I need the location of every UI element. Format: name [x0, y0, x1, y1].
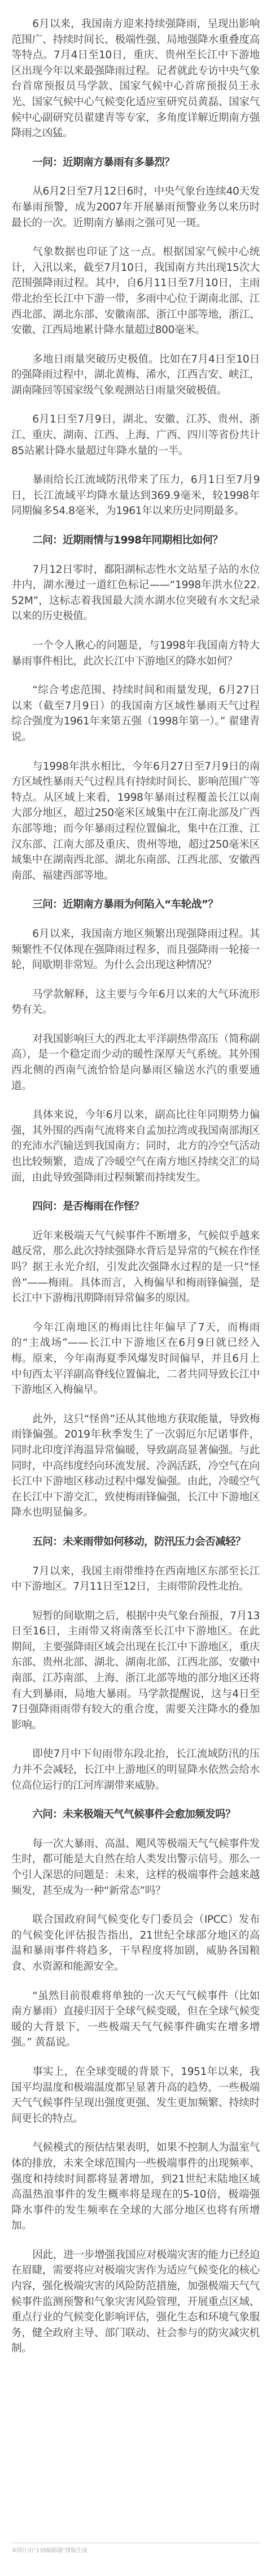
- footer-divider: [11, 2543, 260, 2543]
- section-2-paragraph-4: 与1998年洪水相比，今年6月27日至7月9日的南方区域性暴雨天气过程具有持续时…: [11, 759, 260, 884]
- section-5-paragraph-3: 即使7月中下旬雨带东段北抬，长江流域防汛的压力并不会减轻，长江中上游地区的明显降…: [11, 1746, 260, 1793]
- section-6-paragraph-1: 每一次大暴雨、高温、飓风等极端天气气候事件发生时，都可能是大自然在给人类发出警示…: [11, 1836, 260, 1898]
- article-body: 6月以来，我国南方迎来持续强降雨，呈现出影响范围广、持续时间长、极端性强、局地强…: [0, 0, 271, 2357]
- section-1-paragraph-2: 气象数据也印证了这一点。根据国家气候中心统计，入汛以来，截至7月10日，我国南方…: [11, 244, 260, 338]
- section-heading-6: 六问：未来极端天气气候事件会愈加频发吗？: [11, 1807, 260, 1823]
- section-heading-2: 二问：近期雨情与1998年同期相比如何？: [11, 533, 260, 549]
- section-heading-5: 五问：未来雨带如何移动，防汛压力会否减轻？: [11, 1534, 260, 1550]
- section-5-paragraph-2: 短暂的间歇期之后，根据中央气象台预报，7月13日至16日，主雨带又将南落至长江中…: [11, 1608, 260, 1733]
- intro-paragraph: 6月以来，我国南方迎来持续强降雨，呈现出影响范围广、持续时间长、极端性强、局地强…: [11, 16, 260, 141]
- section-1-paragraph-4: 6月1日至7月9日，湖北、安徽、江苏、贵州、浙江、重庆、湖南、江西、上海、广西、…: [11, 412, 260, 459]
- section-5-paragraph-1: 7月以来，我国主雨带维持在西南地区东部至长江中下游地区。7月11日至12日，主雨…: [11, 1564, 260, 1595]
- section-3-paragraph-4: 具体来说，今年6月以来，副高比往年同期势力偏强，其外围的西南气流将来自孟加拉湾或…: [11, 1107, 260, 1185]
- section-6-paragraph-5: 气候模式的预估结果表明，如果不控制人为温室气体的排放，未来全球范围内一些极端事件…: [11, 2140, 260, 2234]
- section-3-paragraph-1: 6月以来，我国南方地区频繁出现强降雨过程。其频繁性不仅体现在强降雨过程多，而且强…: [11, 926, 260, 973]
- section-6-paragraph-3: “虽然目前很难将单独的一次天气气候事件（比如南方暴雨）直接归因于全球气候变暖，但…: [11, 1988, 260, 2051]
- section-1-paragraph-3: 多地日雨量突破历史极值。比如在7月4日至10日的强降雨过程中，湖北黄梅、浠水，江…: [11, 352, 260, 399]
- section-1-paragraph-5: 暴雨给长江流域防汛带来了压力，6月1日至7月9日，长江流域平均降水量达到369.…: [11, 472, 260, 519]
- section-2-paragraph-2: 一个令人揪心的问题是，与1998年我国南方特大暴雨事件相比，此次长江中下游地区的…: [11, 638, 260, 669]
- section-6-paragraph-6: 因此，进一步增强我国应对极端灾害的能力已经迫在眉睫，需要将应对极端灾害作为适应气…: [11, 2247, 260, 2357]
- section-1-paragraph-1: 从6月2日至7月12日6时，中央气象台连续40天发布暴雨预警，成为2007年开展…: [11, 184, 260, 231]
- section-2-paragraph-3: “综合考虑范围、持续时间和雨量发现，6月27日以来（截至7月9日）的我国南方区域…: [11, 683, 260, 745]
- section-heading-3: 三问：近期南方暴雨为何陷入“车轮战”？: [11, 897, 260, 913]
- editor-credit-caption: 本图片由“135编辑器”排版生成: [11, 2545, 260, 2554]
- section-heading-1: 一问：近期南方暴雨有多暴烈？: [11, 155, 260, 171]
- section-6-paragraph-2: 联合国政府间气候变化专门委员会（IPCC）发布的气候变化评估报告指出，21世纪全…: [11, 1912, 260, 1974]
- footer: 本图片由“135编辑器”排版生成: [11, 2543, 260, 2554]
- section-4-paragraph-1: 近年来极端天气气候事件不断增多，气候似乎越来越反常，那么此次持续强降水背后是异常…: [11, 1228, 260, 1306]
- section-6-paragraph-4: 事实上，在全球变暖的背景下，1951年以来，我国平均温度和极端温度都呈显著升高的…: [11, 2064, 260, 2126]
- section-3-paragraph-3: 对我国影响巨大的西北太平洋副热带高压（简称副高），是一个稳定而少动的暖性深厚天气…: [11, 1032, 260, 1094]
- section-4-paragraph-2: 今年江南地区的梅雨比往年偏早了7天，而梅雨的“主战场”——长江中下游地区在6月9…: [11, 1320, 260, 1398]
- section-3-paragraph-2: 马学款解释，这主要与今年6月以来的大气环流形势有关。: [11, 987, 260, 1018]
- section-heading-4: 四问：是否梅雨在作怪？: [11, 1199, 260, 1215]
- section-2-paragraph-1: 7月12日零时，鄱阳湖标志性水文站星子站的水位井内，湖水漫过一道红色标记——“1…: [11, 562, 260, 624]
- section-4-paragraph-3: 此外，这只“怪兽”还从其他地方获取能量，导致梅雨锋偏强。2019年秋季发生了一次…: [11, 1412, 260, 1521]
